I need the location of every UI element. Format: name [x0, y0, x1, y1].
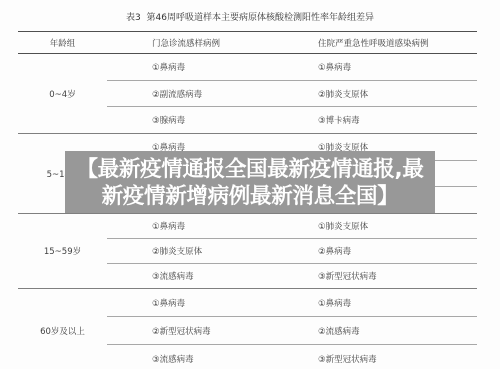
document-page: 表3 第46周呼吸道样本主要病原体核酸检测阳性率年龄组差异 年龄组 门急诊流感样… — [0, 0, 500, 369]
pathogen-cell: ②肺炎支原体 — [290, 88, 477, 100]
column-header-age: 年龄组 — [18, 37, 107, 49]
table-row: ②肺炎支原体 ②鼻病毒 — [107, 238, 477, 263]
pathogen-cell: ②副流感病毒 — [107, 88, 290, 100]
pathogen-cell: ①鼻病毒 — [107, 297, 290, 309]
table-row: ③流感病毒 ③新型冠状病毒 — [107, 344, 477, 369]
pathogen-cell: ①鼻病毒 — [290, 297, 477, 309]
table-row: ①鼻病毒 ①肺炎支原体 — [107, 214, 477, 238]
table-row: ③腺病毒 ③博卡病毒 — [107, 106, 477, 133]
age-group-label: 60岁及以上 — [18, 289, 107, 369]
table-row: ①鼻病毒 ①鼻病毒 — [107, 289, 477, 316]
pathogen-cell: ③流感病毒 — [107, 353, 290, 365]
table-header-row: 年龄组 门急诊流感样病例 住院严重急性呼吸道感染病例 — [18, 31, 477, 54]
table-title: 表3 第46周呼吸道样本主要病原体核酸检测阳性率年龄组差异 — [0, 10, 500, 23]
pathogen-cell: ③新型冠状病毒 — [290, 270, 477, 282]
table-row: ③流感病毒 ③新型冠状病毒 — [107, 263, 477, 288]
pathogen-cell: ②新型冠状病毒 — [107, 325, 290, 337]
table-row: ②副流感病毒 ②肺炎支原体 — [107, 80, 477, 107]
table-row-group-0-4: 0~4岁 ①鼻病毒 ①鼻病毒 ②副流感病毒 ②肺炎支原体 ③腺病毒 ③博卡病毒 — [18, 54, 477, 133]
table-row: ②新型冠状病毒 ②流感病毒 — [107, 316, 477, 344]
age-group-label: 15~59岁 — [18, 214, 107, 288]
pathogen-cell: ①肺炎支原体 — [290, 220, 477, 232]
pathogen-cell: ②肺炎支原体 — [107, 245, 290, 257]
column-header-sari: 住院严重急性呼吸道感染病例 — [290, 37, 477, 49]
pathogen-cell: ③流感病毒 — [107, 270, 290, 282]
pathogen-cell: ①鼻病毒 — [107, 61, 290, 73]
age-group-label: 0~4岁 — [18, 54, 107, 133]
pathogen-cell: ③腺病毒 — [107, 114, 290, 126]
table-row-group-60-plus: 60岁及以上 ①鼻病毒 ①鼻病毒 ②新型冠状病毒 ②流感病毒 ③流感病毒 ③新型… — [18, 288, 477, 369]
pathogen-cell: ②流感病毒 — [290, 325, 477, 337]
pathogen-cell: ③新型冠状病毒 — [290, 353, 477, 365]
column-header-ili: 门急诊流感样病例 — [107, 37, 290, 49]
watermark-banner: 【最新疫情通报全国最新疫情通报,最 新疫情新增病例最新消息全国】 — [65, 151, 435, 213]
watermark-line: 【最新疫情通报全国最新疫情通报,最 — [65, 156, 435, 183]
table-row: ①鼻病毒 ①鼻病毒 — [107, 54, 477, 80]
pathogen-cell: ①鼻病毒 — [290, 61, 477, 73]
pathogen-cell: ②鼻病毒 — [290, 245, 477, 257]
watermark-line: 新疫情新增病例最新消息全国】 — [65, 183, 435, 210]
pathogen-cell: ①鼻病毒 — [107, 220, 290, 232]
pathogen-cell: ③博卡病毒 — [290, 114, 477, 126]
table-row-group-15-59: 15~59岁 ①鼻病毒 ①肺炎支原体 ②肺炎支原体 ②鼻病毒 ③流感病毒 ③新型… — [18, 213, 477, 288]
